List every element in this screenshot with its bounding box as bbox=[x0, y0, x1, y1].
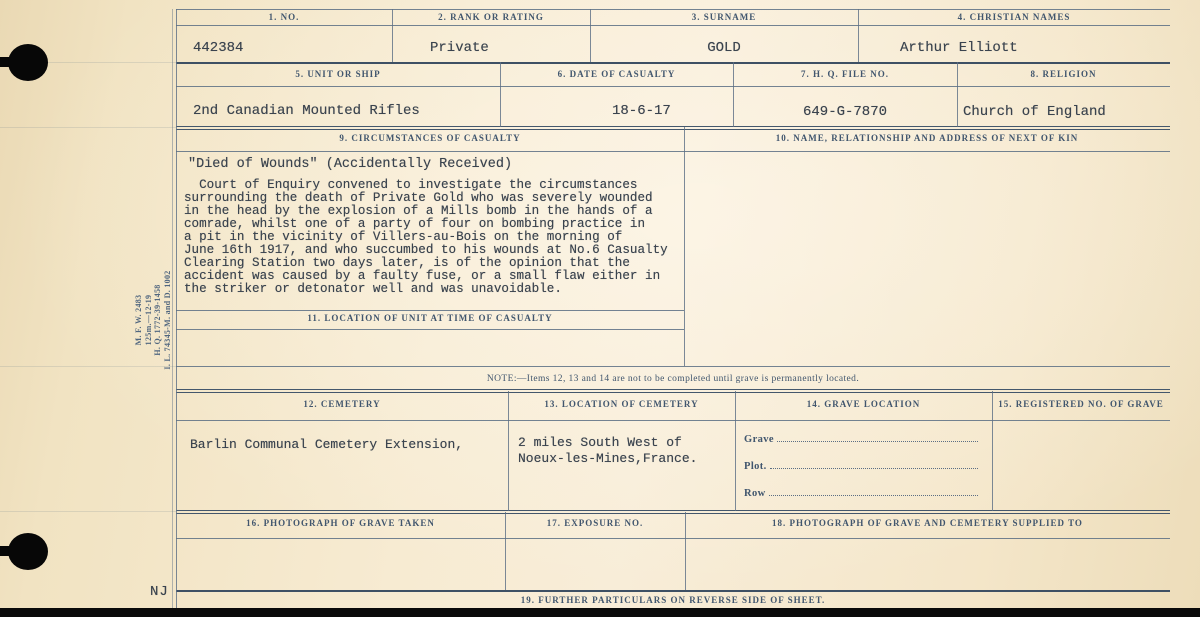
rule-row16-bottom bbox=[176, 590, 1170, 592]
row-row-label: Row bbox=[744, 488, 766, 499]
field-religion-value: Church of England bbox=[963, 104, 1106, 120]
field-cemetery-location-label: 13. LOCATION OF CEMETERY bbox=[508, 399, 735, 409]
grave-row: Grave bbox=[744, 434, 980, 445]
field-cemetery-location-value: 2 miles South West of Noeux-les-Mines,Fr… bbox=[518, 435, 728, 467]
field-grave-location-label: 14. GRAVE LOCATION bbox=[735, 399, 992, 409]
rule-row12-label-underline bbox=[176, 420, 1170, 421]
dotted-leader bbox=[770, 468, 978, 469]
rule-row1-bottom bbox=[176, 62, 1170, 64]
divider-row12-c bbox=[992, 391, 993, 511]
note-items-12-14: NOTE:—Items 12, 13 and 14 are not to be … bbox=[176, 374, 1170, 384]
stamp-line: I. L. 74345-M. and D. 1002 bbox=[163, 270, 173, 369]
dotted-leader bbox=[777, 441, 978, 442]
rule-sec9-underline bbox=[176, 151, 684, 152]
field-further-particulars-label: 19. FURTHER PARTICULARS ON REVERSE SIDE … bbox=[176, 595, 1170, 605]
circumstances-quote: "Died of Wounds" (Accidentally Received) bbox=[188, 157, 512, 172]
field-cemetery-label: 12. CEMETERY bbox=[176, 399, 508, 409]
rule-sec11-top bbox=[176, 310, 684, 311]
casualty-register-card: 1. NO. 2. RANK OR RATING 3. SURNAME 4. C… bbox=[0, 0, 1200, 617]
rule-row16-label-underline bbox=[176, 538, 1170, 539]
field-religion-label: 8. RELIGION bbox=[957, 69, 1170, 79]
stamp-line: 125m.—12-19 bbox=[144, 270, 154, 369]
field-hq-file-label: 7. H. Q. FILE NO. bbox=[733, 69, 957, 79]
field-hq-file-value: 649-G-7870 bbox=[733, 104, 957, 120]
field-christian-names-value: Arthur Elliott bbox=[900, 40, 1018, 56]
section-circumstances-label: 9. CIRCUMSTANCES OF CASUALTY bbox=[176, 133, 684, 143]
plot-row-label: Plot. bbox=[744, 461, 767, 472]
divider-row12-b bbox=[735, 391, 736, 511]
hole-punch-bottom bbox=[8, 533, 48, 570]
hole-punch-top bbox=[8, 44, 48, 81]
field-unit-value: 2nd Canadian Mounted Rifles bbox=[193, 103, 420, 119]
field-rank-value: Private bbox=[430, 40, 489, 56]
stamp-line: H. Q. 1772-39-1458 bbox=[153, 270, 163, 369]
rule-row12-bottom bbox=[176, 510, 1170, 514]
field-surname-value: GOLD bbox=[590, 40, 858, 56]
grave-row-label: Grave bbox=[744, 434, 774, 445]
field-photo-supplied-label: 18. PHOTOGRAPH OF GRAVE AND CEMETERY SUP… bbox=[685, 518, 1170, 528]
rule-sec10-underline bbox=[684, 151, 1170, 152]
field-surname-label: 3. SURNAME bbox=[590, 12, 858, 22]
field-photo-taken-label: 16. PHOTOGRAPH OF GRAVE TAKEN bbox=[176, 518, 505, 528]
rule-row1-label-underline bbox=[176, 25, 1170, 26]
circumstances-body: Court of Enquiry convened to investigate… bbox=[184, 179, 686, 296]
rule-sec11-underline bbox=[176, 329, 684, 330]
field-date-value: 18-6-17 bbox=[612, 103, 671, 119]
rule-note-bottom bbox=[176, 389, 1170, 393]
plot-row: Plot. bbox=[744, 461, 980, 472]
rule-row2-bottom bbox=[176, 126, 1170, 130]
section-unit-location-label: 11. LOCATION OF UNIT AT TIME OF CASUALTY bbox=[176, 313, 684, 323]
row-row: Row bbox=[744, 488, 980, 499]
field-no-label: 1. NO. bbox=[176, 12, 392, 22]
ghost-line bbox=[0, 511, 176, 512]
stamp-line: M. F. W. 2483 bbox=[134, 270, 144, 369]
field-christian-names-label: 4. CHRISTIAN NAMES bbox=[858, 12, 1170, 22]
field-cemetery-value: Barlin Communal Cemetery Extension, bbox=[190, 437, 463, 452]
dotted-leader bbox=[769, 495, 978, 496]
section-next-of-kin-label: 10. NAME, RELATIONSHIP AND ADDRESS OF NE… bbox=[684, 133, 1170, 143]
field-no-value: 442384 bbox=[193, 40, 243, 56]
field-unit-label: 5. UNIT OR SHIP bbox=[176, 69, 500, 79]
divider-row12-a bbox=[508, 391, 509, 511]
rule-row2-label-underline bbox=[176, 86, 1170, 87]
field-date-label: 6. DATE OF CASUALTY bbox=[500, 69, 733, 79]
field-exposure-no-label: 17. EXPOSURE NO. bbox=[505, 518, 685, 528]
scan-edge-bar bbox=[0, 608, 1200, 617]
registrar-initials: NJ bbox=[150, 584, 169, 600]
field-registered-no-label: 15. REGISTERED NO. OF GRAVE bbox=[992, 399, 1170, 409]
field-rank-label: 2. RANK OR RATING bbox=[392, 12, 590, 22]
form-left-border-outer bbox=[172, 9, 173, 608]
ghost-line bbox=[0, 127, 176, 128]
rule-note-top bbox=[176, 366, 1170, 367]
rule-top bbox=[176, 9, 1170, 10]
